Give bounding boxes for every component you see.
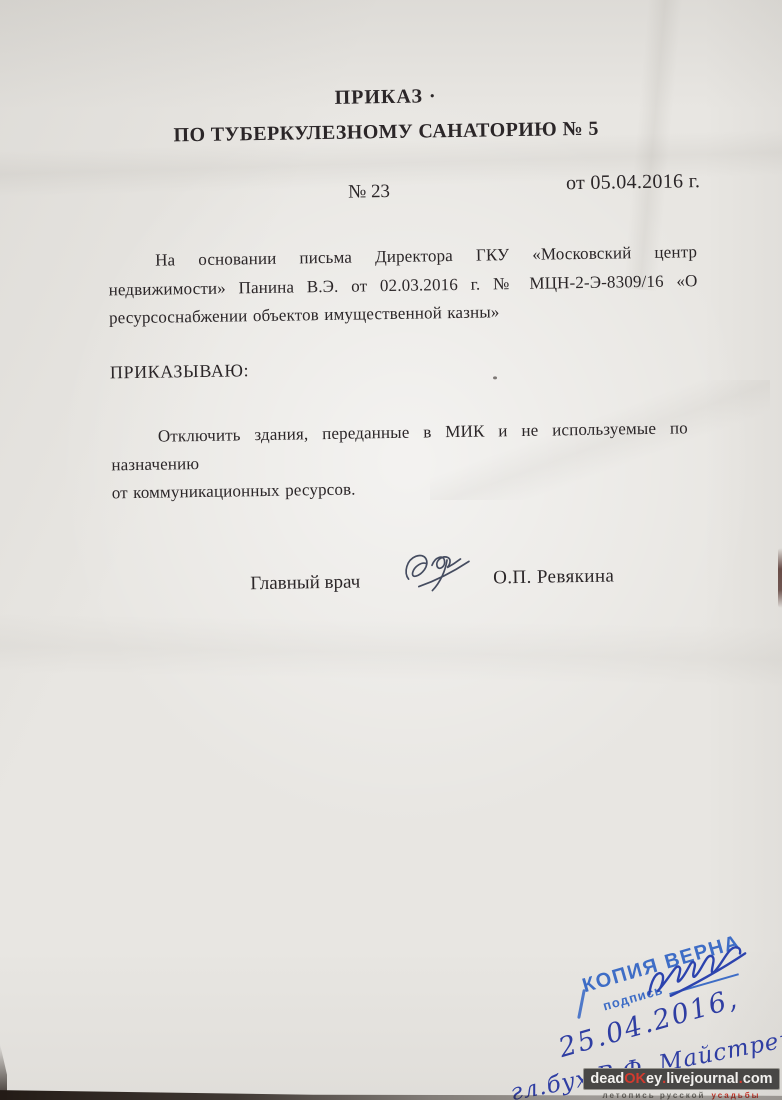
- basis-paragraph: На основании письма Директора ГКУ «Моско…: [108, 238, 698, 333]
- watermark: dead OK ey . livejournal . com летопись …: [583, 1068, 780, 1100]
- watermark-site-bar: dead OK ey . livejournal . com: [583, 1068, 780, 1090]
- order-date: от 05.04.2016 г.: [566, 170, 701, 195]
- watermark-site-part: ey: [646, 1071, 662, 1087]
- signer-position-label: Главный врач: [250, 572, 360, 596]
- watermark-site-part: dead: [590, 1071, 624, 1087]
- order-paragraph: Отключить здания, переданные в МИК и не …: [111, 414, 689, 507]
- paper-speck: [493, 376, 497, 379]
- signer-name: О.П. Ревякина: [493, 566, 614, 590]
- watermark-site-part: livejournal: [666, 1071, 739, 1087]
- photo-right-edge: [778, 548, 782, 608]
- resolution-word: ПРИКАЗЫВАЮ:: [110, 360, 250, 383]
- order-line: Отключить здания, переданные в МИК и не …: [111, 414, 689, 479]
- order-title: ПРИКАЗ ·: [0, 80, 777, 115]
- watermark-site-part: OK: [624, 1071, 646, 1087]
- typed-document-content: ПРИКАЗ · ПО ТУБЕРКУЛЕЗНОМУ САНАТОРИЮ № 5…: [0, 0, 782, 1100]
- scanned-order-document: ПРИКАЗ · ПО ТУБЕРКУЛЕЗНОМУ САНАТОРИЮ № 5…: [0, 0, 782, 1100]
- order-subtitle: ПО ТУБЕРКУЛЕЗНОМУ САНАТОРИЮ № 5: [0, 115, 777, 150]
- photo-left-edge: [0, 1044, 7, 1100]
- director-signature-ink: [400, 545, 481, 596]
- order-number: № 23: [348, 181, 390, 204]
- watermark-site-part: com: [743, 1071, 773, 1087]
